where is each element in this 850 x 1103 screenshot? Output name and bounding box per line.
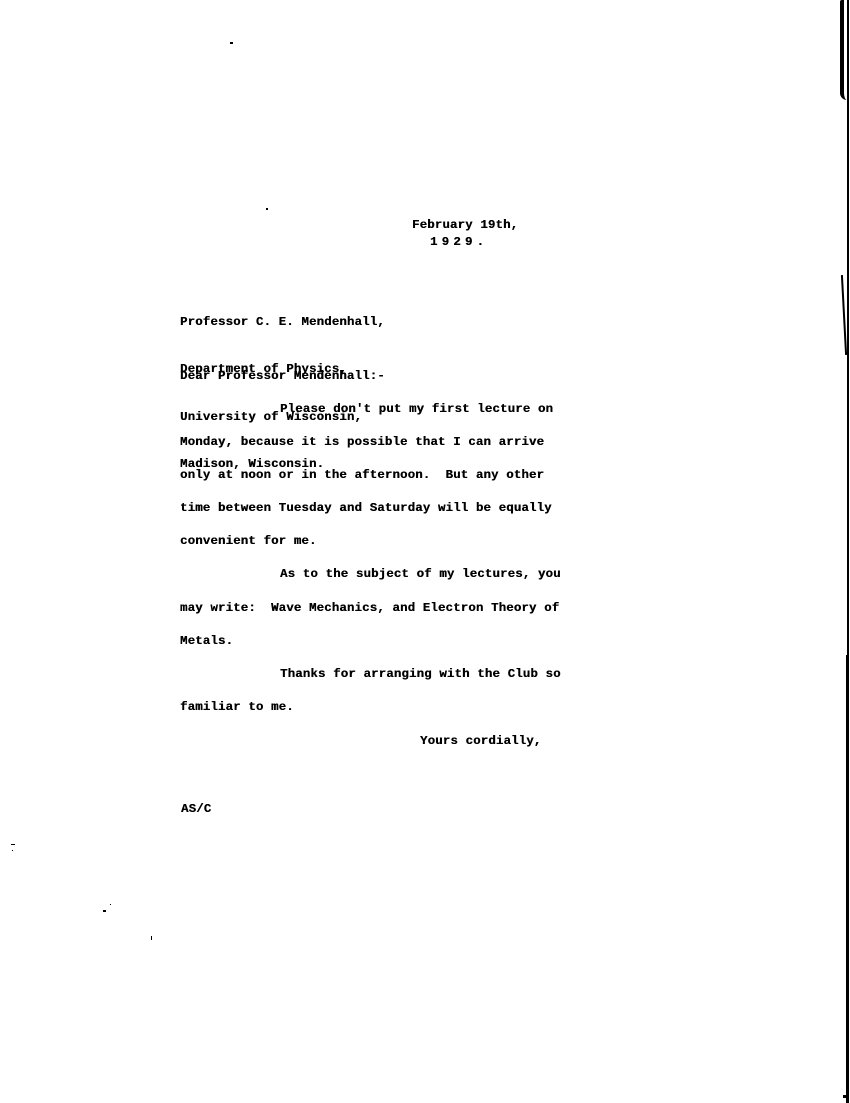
scan-speck xyxy=(151,936,152,940)
scan-speck xyxy=(843,1095,847,1098)
salutation: Dear Professor Mendenhall:- xyxy=(180,368,385,384)
paragraph-2-line-3: Metals. xyxy=(180,633,233,649)
page-curl-mark xyxy=(840,0,847,100)
paragraph-3-line-1: Thanks for arranging with the Club so xyxy=(280,666,561,682)
letter-page: February 19th, 1929. Professor C. E. Men… xyxy=(0,0,850,1103)
letter-year: 1929. xyxy=(430,234,488,250)
typist-initials: AS/C xyxy=(181,801,211,817)
paragraph-1-line-4: time between Tuesday and Saturday will b… xyxy=(180,500,552,516)
paragraph-1-line-1: Please don't put my first lecture on xyxy=(280,401,553,417)
paragraph-1-line-5: convenient for me. xyxy=(180,533,317,549)
scan-speck xyxy=(230,42,233,44)
paragraph-2-line-1: As to the subject of my lectures, you xyxy=(280,566,561,582)
paragraph-2-line-2: may write: Wave Mechanics, and Electron … xyxy=(180,600,559,616)
scan-speck xyxy=(11,844,15,845)
recipient-name: Professor C. E. Mendenhall, xyxy=(180,315,385,330)
paragraph-1-line-2: Monday, because it is possible that I ca… xyxy=(180,434,544,450)
scan-speck xyxy=(12,850,13,851)
letter-date: February 19th, xyxy=(412,217,518,233)
closing: Yours cordially, xyxy=(420,733,541,749)
scan-speck xyxy=(103,910,106,912)
paragraph-3-line-2: familiar to me. xyxy=(180,699,294,715)
scan-speck xyxy=(266,208,268,210)
scan-speck xyxy=(110,904,111,905)
paragraph-1-line-3: only at noon or in the afternoon. But an… xyxy=(180,467,544,483)
scan-edge-shadow xyxy=(846,655,849,1103)
